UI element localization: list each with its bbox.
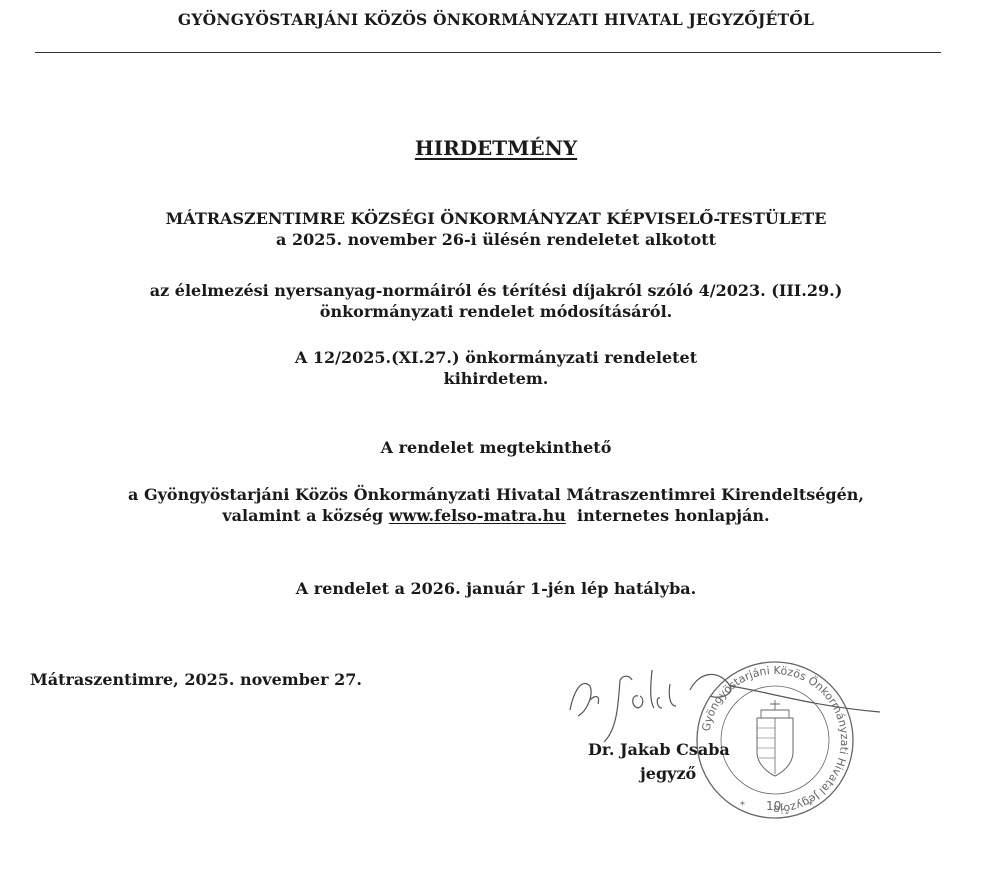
promulgation-statement: A 12/2025.(XI.27.) önkormányzati rendele… (0, 347, 992, 389)
signer-name: Dr. Jakab Csaba (588, 740, 730, 759)
viewable-text: A rendelet megtekinthető (0, 437, 992, 458)
signer-block: Dr. Jakab Csaba jegyző (588, 738, 730, 786)
location-prefix: valamint a község (222, 506, 388, 525)
location-line-1: a Gyöngyöstarjáni Közös Önkormányzati Hi… (0, 484, 992, 505)
place-and-date: Mátraszentimre, 2025. november 27. (30, 670, 362, 689)
effective-text: A rendelet a 2026. január 1-jén lép hatá… (0, 578, 992, 599)
svg-text:*: * (808, 800, 813, 811)
stamp-number: 10. (766, 799, 785, 813)
promulgation-line-1: A 12/2025.(XI.27.) önkormányzati rendele… (0, 347, 992, 368)
subject-line-2: önkormányzati rendelet módosításáról. (0, 301, 992, 322)
issuer-header: GYÖNGYÖSTARJÁNI KÖZÖS ÖNKORMÁNYZATI HIVA… (0, 10, 992, 29)
effective-date-statement: A rendelet a 2026. január 1-jén lép hatá… (0, 578, 992, 599)
subject-line-1: az élelmezési nyersanyag-normáiról és té… (0, 280, 992, 301)
promulgation-line-2: kihirdetem. (0, 368, 992, 389)
website-link[interactable]: www.felso-matra.hu (389, 506, 566, 525)
header-divider (35, 52, 941, 53)
location-suffix: internetes honlapján. (566, 506, 770, 525)
council-statement: MÁTRASZENTIMRE KÖZSÉGI ÖNKORMÁNYZAT KÉPV… (0, 208, 992, 250)
regulation-subject: az élelmezési nyersanyag-normáiról és té… (0, 280, 992, 322)
council-name: MÁTRASZENTIMRE KÖZSÉGI ÖNKORMÁNYZAT KÉPV… (0, 208, 992, 229)
council-session: a 2025. november 26-i ülésén rendeletet … (0, 229, 992, 250)
viewable-statement: A rendelet megtekinthető (0, 437, 992, 458)
location-statement: a Gyöngyöstarjáni Közös Önkormányzati Hi… (0, 484, 992, 526)
document-title: HIRDETMÉNY (0, 136, 992, 160)
signer-role: jegyző (588, 762, 730, 786)
location-line-2: valamint a község www.felso-matra.hu int… (0, 505, 992, 526)
svg-text:*: * (740, 800, 745, 811)
